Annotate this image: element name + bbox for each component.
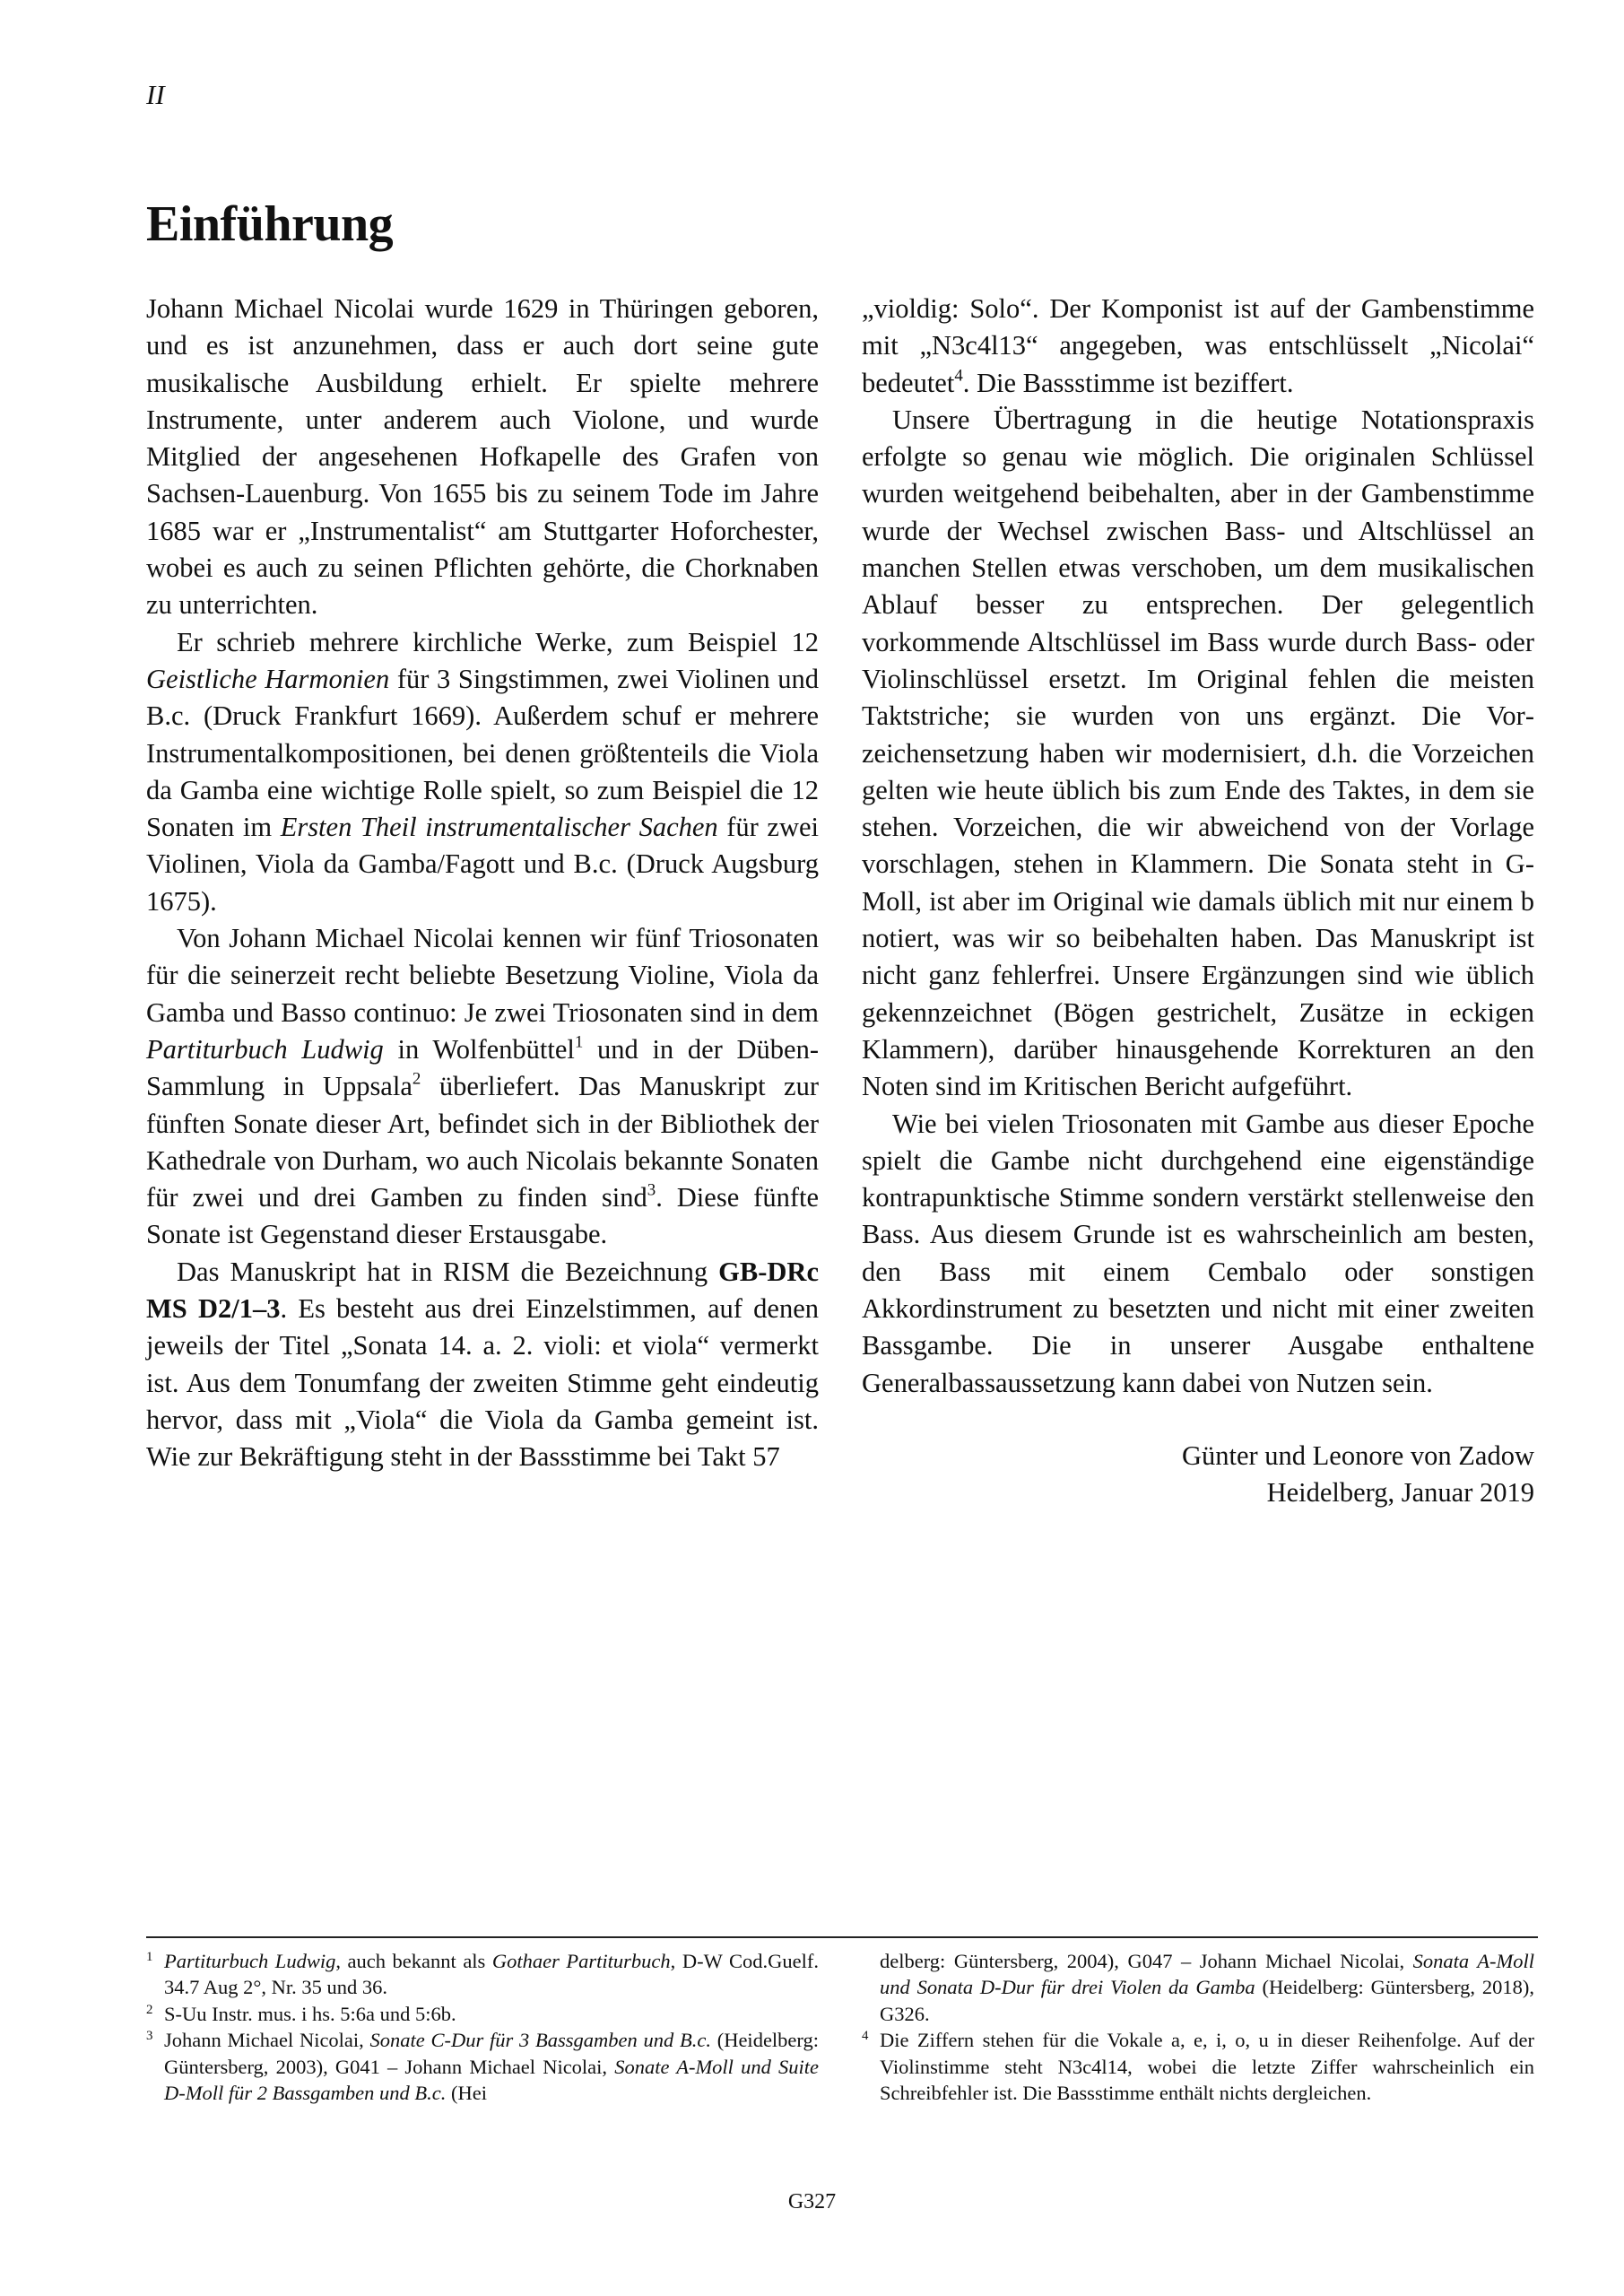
footnote-divider [146, 1936, 1538, 1938]
footnote-ref-3[interactable]: 3 [647, 1181, 656, 1200]
footnote-ref-1[interactable]: 1 [575, 1033, 583, 1052]
paragraph-composer-cipher: „violdig: Solo“. Der Komponist ist auf d… [862, 291, 1534, 402]
paragraph-triosonatas: Von Johann Michael Nicolai kennen wir fü… [146, 920, 819, 1254]
page-number: II [146, 79, 165, 111]
paragraph-biography: Johann Michael Nicolai wurde 1629 in Thü… [146, 291, 819, 624]
paragraph-editorial-method: Unsere Übertragung in die heutige Notati… [862, 402, 1534, 1106]
footnote-ref-2[interactable]: 2 [413, 1070, 421, 1089]
paragraph-performance-notes: Wie bei vielen Triosonaten mit Gambe aus… [862, 1106, 1534, 1402]
footnote-ref-4[interactable]: 4 [954, 366, 962, 385]
right-column: „violdig: Solo“. Der Komponist ist auf d… [862, 291, 1534, 1512]
work-title-geistliche-harmonien: Geistliche Harmonien [146, 664, 389, 694]
source-partiturbuch-ludwig: Partiturbuch Lud­wig [146, 1034, 384, 1065]
left-column: Johann Michael Nicolai wurde 1629 in Thü… [146, 291, 819, 1476]
signature: Günter und Leonore von Zadow Heidelberg,… [862, 1438, 1534, 1512]
footnote-4: 4Die Ziffern stehen für die Vokale a, e,… [862, 2027, 1534, 2106]
work-title-ersten-theil: Ersten Theil instrumentalischer Sachen [281, 812, 718, 842]
signature-authors: Günter und Leonore von Zadow [862, 1438, 1534, 1474]
paragraph-manuscript: Das Manuskript hat in RISM die Bezeichnu… [146, 1254, 819, 1476]
footnotes-right: delberg: Güntersberg, 2004), G047 – Joha… [862, 1948, 1534, 2106]
paragraph-works: Er schrieb mehrere kirchliche Werke, zum… [146, 624, 819, 920]
signature-place-date: Heidelberg, Januar 2019 [862, 1474, 1534, 1511]
footnote-1: 1Partiturbuch Ludwig, auch bekannt als G… [146, 1948, 819, 2001]
footnote-2: 2S-Uu Instr. mus. i hs. 5:6a und 5:6b. [146, 2001, 819, 2027]
footnote-3: 3Johann Michael Nicolai, Sonate C-Dur fü… [146, 2027, 819, 2106]
page-title: Einführung [146, 196, 393, 253]
footer-page-id: G327 [0, 2190, 1624, 2214]
footnotes-left: 1Partiturbuch Ludwig, auch bekannt als G… [146, 1948, 819, 2106]
footnote-3-continued: delberg: Güntersberg, 2004), G047 – Joha… [862, 1948, 1534, 2027]
